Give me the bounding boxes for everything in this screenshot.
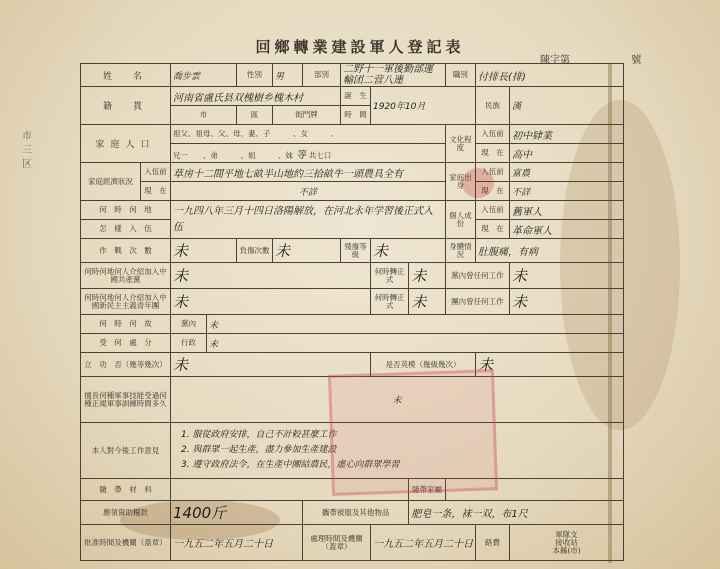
- name-value: 喬步雲: [171, 64, 237, 87]
- belongings-label: 攜帶被服及其他物品: [303, 501, 409, 525]
- district-sublabel: 區: [237, 106, 273, 125]
- league-value: 未: [171, 289, 371, 315]
- personal-status-before-value: 舊軍人: [510, 201, 624, 220]
- enlistment-label-bottom: 怎 樣 入 伍: [81, 220, 171, 239]
- native-place-label: 籍 貫: [81, 87, 171, 125]
- league-label: 何時何地何人介紹加入中國新民主主義青年團: [81, 289, 171, 315]
- league-work-value: 未: [510, 289, 624, 315]
- punishment-label-2: 受 何 處 分: [81, 334, 171, 353]
- registration-form: 姓 名 喬步雲 性別 男 部別 二野十一軍後勤部運輸团二营八連 職別 付排長(排…: [80, 63, 624, 561]
- personal-status-now-label: 現 在: [476, 220, 510, 239]
- plan-item: 1. 服從政府安排，自己不計較甚麼工作: [181, 428, 621, 443]
- education-now-label: 現 在: [476, 144, 510, 163]
- health-label: 身體情況: [445, 239, 475, 263]
- ethnicity-value: 漢: [510, 87, 624, 125]
- travel-label: 路費: [476, 525, 510, 561]
- serial-suffix: 號: [631, 55, 641, 66]
- dependents-label: 隨帶家屬: [409, 479, 445, 501]
- subsidy-value: 1400斤: [171, 501, 303, 525]
- native-place-value: 河南省盧氏县双槐樹乡槐木村: [171, 87, 341, 106]
- league-work-label: 團內曾任何工作: [445, 289, 509, 315]
- enlistment-label-top: 何 時 何 地: [81, 201, 171, 220]
- family-members-line2-value: 等: [296, 150, 306, 161]
- education-now-value: 高中: [510, 144, 624, 163]
- league-formal-value: 未: [409, 289, 445, 315]
- party-work-label: 黨內曾任何工作: [445, 263, 509, 289]
- education-label: 文化程度: [445, 125, 475, 163]
- materials-label: 隨 帶 材 料: [81, 479, 171, 501]
- hero-value: 未: [476, 353, 624, 377]
- party-value: 未: [171, 263, 371, 289]
- family-origin-label: 家庭出身: [445, 163, 475, 201]
- wounds-value: 未: [273, 239, 341, 263]
- skills-label: 擅長何種軍事技能受過何種正規軍事訓練時間多久: [81, 377, 171, 423]
- party-label: 何時何地何人介紹加入中國共產黨: [81, 263, 171, 289]
- family-origin-before-value: 富農: [510, 163, 624, 182]
- league-formal-label: 何時轉正式: [371, 289, 409, 315]
- position-label: 職別: [445, 64, 475, 87]
- family-economy-now-label: 現 在: [141, 182, 171, 201]
- processing-label: 處理時間及機關（蓋章）: [303, 525, 371, 561]
- unit-label: 部別: [303, 64, 341, 87]
- plans-list: 1. 服從政府安排，自己不計較甚麼工作 2. 與群眾一起生產，盡力參加生產建設 …: [171, 423, 624, 479]
- belongings-value: 肥皂一条，袜一双，布1尺: [409, 501, 624, 525]
- dependents-value: [445, 479, 623, 501]
- sex-value: 男: [273, 64, 303, 87]
- enlistment-value: 一九四八年三月十四日洛陽解放，在河北永年学習後正式入伍: [171, 201, 446, 239]
- approval-value: 一九五二年五月二十日: [171, 525, 303, 561]
- city-sublabel: 市: [171, 106, 237, 125]
- disability-label: 殘廢等級: [341, 239, 371, 263]
- personal-status-label: 個人成份: [445, 201, 475, 239]
- family-members-line2: 兄一 、弟 、姐 、妹: [173, 151, 293, 160]
- birth-value: 1920年10月: [371, 87, 476, 125]
- family-members-line1: 祖父、祖母、父、母、妻、子 、女 、: [171, 125, 446, 144]
- subsidy-label: 應領資助糧款: [81, 501, 171, 525]
- family-origin-now-label: 現 在: [476, 182, 510, 201]
- travel-sources: 軍隊支 接收站 本縣(市): [510, 525, 624, 561]
- punishment-party-label: 黨內: [171, 315, 207, 334]
- health-value: 肚腹痛，有病: [476, 239, 624, 263]
- personal-status-now-value: 革命軍人: [510, 220, 624, 239]
- battles-value: 未: [171, 239, 237, 263]
- family-economy-now-value: 不詳: [171, 182, 446, 201]
- family-members-line2-cell: 兄一 、弟 、姐 、妹 等 共七口: [171, 144, 446, 163]
- family-members-label: 家庭人口: [81, 125, 171, 163]
- education-before-label: 入伍前: [476, 125, 510, 144]
- wounds-label: 負傷次數: [237, 239, 273, 263]
- education-before-value: 初中肄業: [510, 125, 624, 144]
- battles-label: 作 戰 次 數: [81, 239, 171, 263]
- plan-item: 2. 與群眾一起生產，盡力參加生產建設: [181, 443, 621, 458]
- plan-item: 3. 遵守政府法令，在生產中團結農民，虛心向群眾學習: [181, 458, 621, 473]
- margin-note: 市三区: [22, 130, 36, 172]
- family-economy-before-label: 入伍前: [141, 163, 171, 182]
- travel-source-county: 本縣(市): [512, 547, 621, 555]
- punishment-label: 何 時 何 故: [81, 315, 171, 334]
- hero-label: 是否英模（幾級幾次）: [371, 353, 476, 377]
- birth-label-bottom: 時 間: [341, 106, 371, 125]
- merit-label: 立 功 否（幾等幾次）: [81, 353, 171, 377]
- ethnicity-label: 民族: [476, 87, 510, 125]
- punishment-admin-label: 行政: [171, 334, 207, 353]
- unit-value: 二野十一軍後勤部運輸团二营八連: [341, 64, 446, 87]
- street-sublabel: 街門牌: [273, 106, 341, 125]
- punishment-admin-value: 未: [207, 334, 624, 353]
- family-origin-before-label: 入伍前: [476, 163, 510, 182]
- personal-status-before-label: 入伍前: [476, 201, 510, 220]
- sex-label: 性別: [237, 64, 273, 87]
- family-economy-label: 家庭經濟狀況: [81, 163, 141, 201]
- merit-value: 未: [171, 353, 371, 377]
- family-origin-now-value: 不詳: [510, 182, 624, 201]
- position-value: 付排長(排): [476, 64, 624, 87]
- approval-label: 批准時間及機關（蓋章）: [81, 525, 171, 561]
- plans-label: 本人對今後工作意見: [81, 423, 171, 479]
- party-formal-label: 何時轉正式: [371, 263, 409, 289]
- processing-value: 一九五二年五月二十日: [371, 525, 476, 561]
- family-economy-before-value: 草房十二間平地七畝半山地約三拾畝牛一頭農具全有: [171, 163, 446, 182]
- party-formal-value: 未: [409, 263, 445, 289]
- party-work-value: 未: [510, 263, 624, 289]
- materials-value: [171, 479, 409, 501]
- name-label: 姓 名: [81, 64, 171, 87]
- disability-value: 未: [371, 239, 446, 263]
- birth-label-top: 誕 生: [341, 87, 371, 106]
- family-members-total: 共七口: [309, 151, 332, 160]
- punishment-party-value: 未: [207, 315, 624, 334]
- skills-value: 未: [171, 377, 624, 423]
